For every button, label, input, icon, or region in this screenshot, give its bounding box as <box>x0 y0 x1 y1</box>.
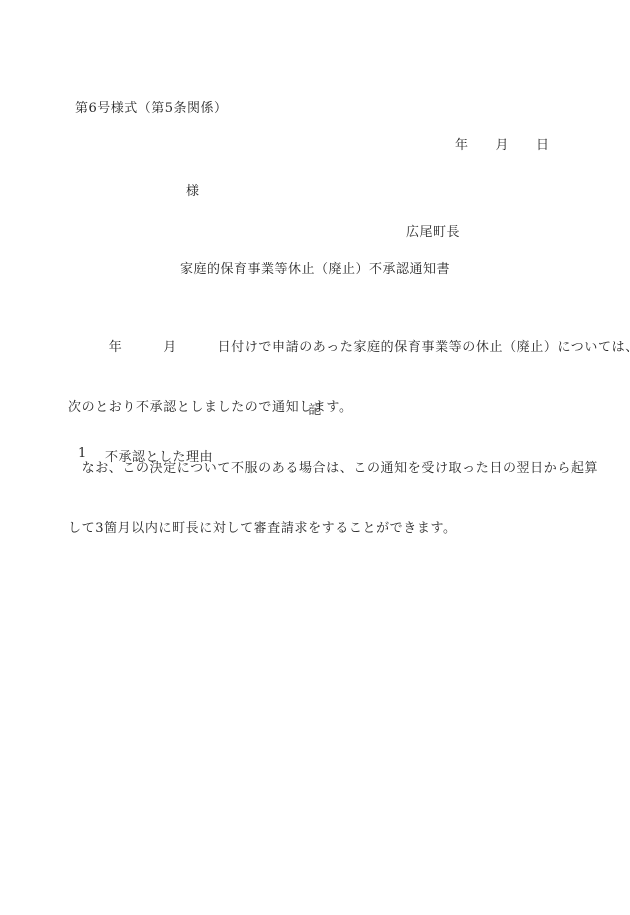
form-number-label: 第6号様式（第5条関係） <box>75 102 228 116</box>
body-paragraph: 年 月 日付けで申請のあった家庭的保育事業等の休止（廃止）については、 次のとお… <box>68 299 608 578</box>
document-title: 家庭的保育事業等休止（廃止）不承認通知書 <box>0 263 630 277</box>
record-marker: 記 <box>0 404 630 418</box>
item-label: 不承認とした理由 <box>105 446 213 465</box>
date-line: 年 月 日 <box>455 139 550 153</box>
list-item: 1 不承認とした理由 <box>0 446 630 522</box>
document-page: 第6号様式（第5条関係） 年 月 日 様 広尾町長 家庭的保育事業等休止（廃止）… <box>0 0 630 915</box>
sender-title: 広尾町長 <box>406 226 460 240</box>
addressee-honorific: 様 <box>186 185 200 199</box>
item-number: 1 <box>78 446 87 461</box>
body-line-1: 年 月 日付けで申請のあった家庭的保育事業等の休止（廃止）については、 <box>68 337 608 359</box>
